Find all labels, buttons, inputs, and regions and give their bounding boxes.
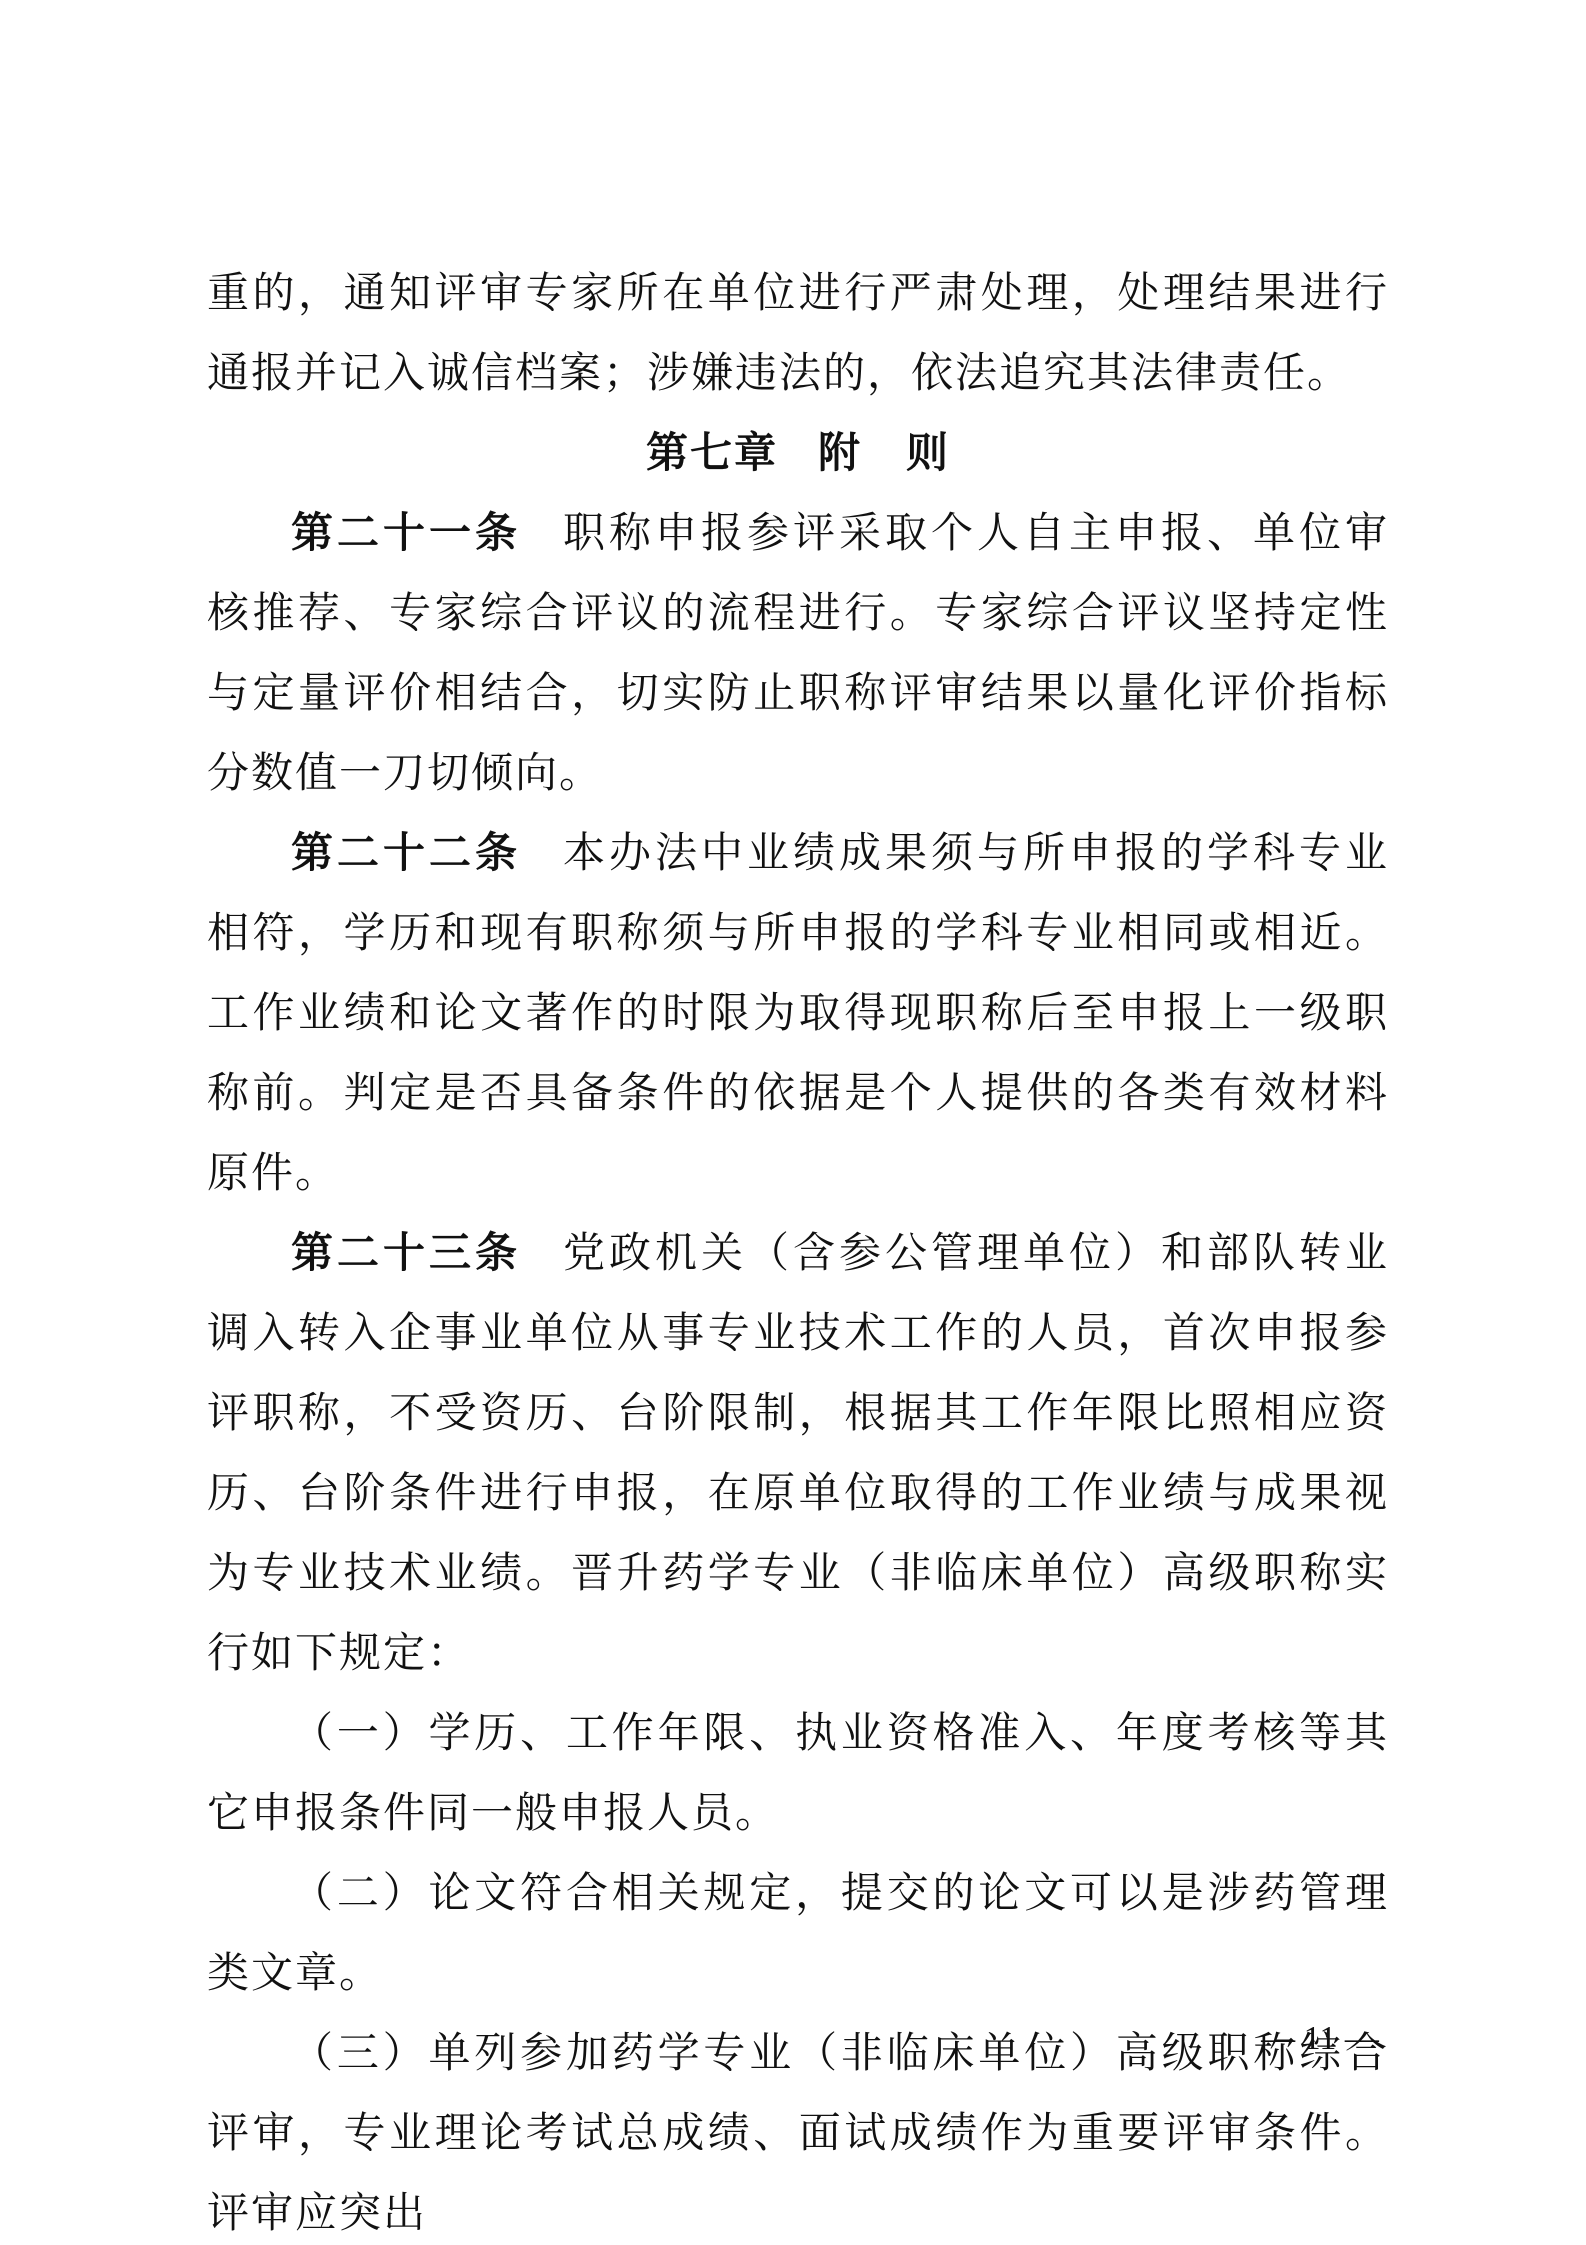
article-label: 第二十二条 [291,828,521,877]
article-22: 第二十二条本办法中业绩成果须与所申报的学科专业相符，学历和现有职称须与所申报的学… [207,813,1389,1213]
chapter-heading: 第七章附 则 [207,413,1389,493]
chapter-number: 第七章 [646,428,778,477]
list-item-2: （二）论文符合相关规定，提交的论文可以是涉药管理类文章。 [207,1853,1389,2013]
list-item-1: （一）学历、工作年限、执业资格准入、年度考核等其它申报条件同一般申报人员。 [207,1693,1389,1853]
continuation-paragraph: 重的，通知评审专家所在单位进行严肃处理，处理结果进行通报并记入诚信档案；涉嫌违法… [207,253,1389,413]
article-21: 第二十一条职称申报参评采取个人自主申报、单位审核推荐、专家综合评议的流程进行。专… [207,493,1389,813]
article-label: 第二十一条 [291,508,521,557]
article-23: 第二十三条党政机关（含参公管理单位）和部队转业调入转入企事业单位从事专业技术工作… [207,1213,1389,1693]
article-text: 党政机关（含参公管理单位）和部队转业调入转入企事业单位从事专业技术工作的人员，首… [207,1228,1389,1677]
chapter-title: 附 则 [818,428,950,477]
article-label: 第二十三条 [291,1228,521,1277]
page-number: — 11 — [1250,2020,1390,2058]
body-text: 重的，通知评审专家所在单位进行严肃处理，处理结果进行通报并记入诚信档案；涉嫌违法… [207,253,1389,2245]
list-item-3: （三）单列参加药学专业（非临床单位）高级职称综合评审，专业理论考试总成绩、面试成… [207,2013,1389,2245]
article-text: 本办法中业绩成果须与所申报的学科专业相符，学历和现有职称须与所申报的学科专业相同… [207,828,1389,1197]
document-page: 重的，通知评审专家所在单位进行严肃处理，处理结果进行通报并记入诚信档案；涉嫌违法… [0,0,1586,2245]
